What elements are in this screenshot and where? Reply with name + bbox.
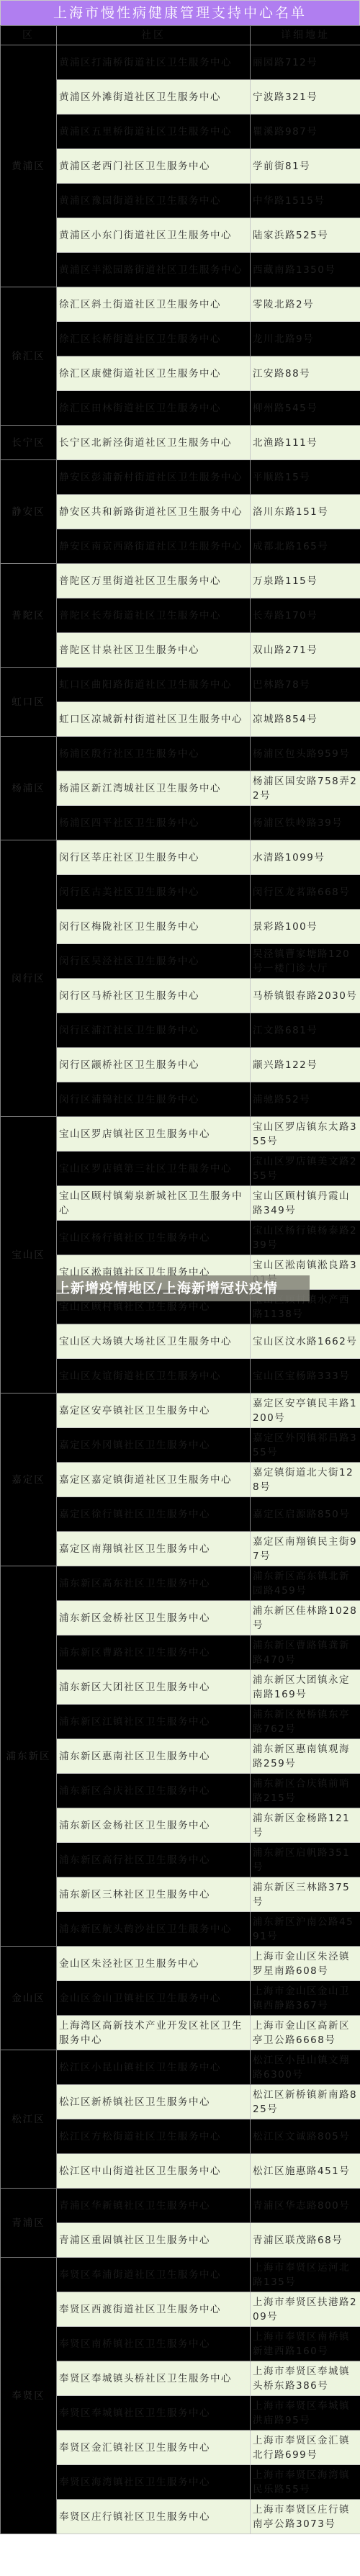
community-cell: 奉贤区庄行镇社区卫生服务中心 <box>57 2500 251 2534</box>
community-cell: 黄浦区老西门社区卫生服务中心 <box>57 149 251 184</box>
address-cell: 水清路1099号 <box>251 840 360 875</box>
overlay-banner: 上新增疫情地区/上海新增冠状疫情 <box>56 1275 310 1301</box>
community-cell: 浦东新区曹路社区卫生服务中心 <box>57 1635 251 1670</box>
address-cell: 宁波路321号 <box>251 80 360 115</box>
address-cell: 浦东新区曹路镇龚新路470号 <box>251 1635 360 1670</box>
table-row: 徐汇区徐汇区斜土街道社区卫生服务中心零陵北路2号 <box>1 287 360 322</box>
address-cell: 龙川北路9号 <box>251 322 360 356</box>
address-cell: 浦东新区高东镇北新园路459号 <box>251 1566 360 1601</box>
community-cell: 杨浦区四平社区卫生服务中心 <box>57 806 251 840</box>
table-row: 松江区松江区小昆山镇社区卫生服务中心松江区小昆山镇文翔路6300号 <box>1 2050 360 2085</box>
address-cell: 宝山区杨行镇杨泰路239号 <box>251 1221 360 1255</box>
community-cell: 嘉定区南翔镇社区卫生服务中心 <box>57 1532 251 1566</box>
community-cell: 浦东新区高行社区卫生服务中心 <box>57 1843 251 1877</box>
community-cell: 浦东新区航头鹤沙社区卫生服务中心 <box>57 1912 251 1947</box>
community-cell: 普陀区长寿街道社区卫生服务中心 <box>57 598 251 633</box>
community-cell: 青浦区重固镇社区卫生服务中心 <box>57 2223 251 2258</box>
address-cell: 上海市奉贤区奉城镇洪庙路95号 <box>251 2396 360 2431</box>
address-cell: 平顺路15号 <box>251 460 360 495</box>
address-cell: 浦东新区合庆镇前哨路215号 <box>251 1774 360 1808</box>
address-cell: 上海市奉贤区运河北路135号 <box>251 2258 360 2292</box>
address-cell: 柳州路545号 <box>251 391 360 426</box>
district-cell: 宝山区 <box>1 1117 57 1394</box>
community-cell: 浦东新区金桥社区卫生服务中心 <box>57 1601 251 1635</box>
address-cell: 上海市奉贤区奉城镇头桥东路386号 <box>251 2361 360 2396</box>
community-cell: 长宁区北新泾街道社区卫生服务中心 <box>57 426 251 460</box>
header-district: 区 <box>1 26 57 45</box>
address-cell: 嘉定镇街道北大街128号 <box>251 1463 360 1497</box>
address-cell: 嘉定区启源路850号 <box>251 1497 360 1532</box>
community-cell: 嘉定区嘉定镇街道社区卫生服务中心 <box>57 1463 251 1497</box>
community-cell: 金山区朱泾社区卫生服务中心 <box>57 1947 251 1981</box>
community-cell: 闵行区莘庄社区卫生服务中心 <box>57 840 251 875</box>
address-cell: 青浦区联茂路68号 <box>251 2223 360 2258</box>
address-cell: 嘉定区南翔镇民主街97号 <box>251 1532 360 1566</box>
community-cell: 宝山区友谊街道社区卫生服务中心 <box>57 1359 251 1394</box>
address-cell: 上海市金山区朱泾镇罗星南路608号 <box>251 1947 360 1981</box>
community-cell: 松江区小昆山镇社区卫生服务中心 <box>57 2050 251 2085</box>
district-cell: 青浦区 <box>1 2189 57 2258</box>
address-cell: 浦东新区启帆路351号 <box>251 1843 360 1877</box>
community-cell: 上海湾区高新技术产业开发区社区卫生服务中心 <box>57 2016 251 2050</box>
community-cell: 虹口区曲阳路街道社区卫生服务中心 <box>57 668 251 702</box>
address-cell: 杨浦区国安路758弄22号 <box>251 771 360 806</box>
community-cell: 闵行区颛桥社区卫生服务中心 <box>57 1048 251 1082</box>
address-cell: 浦东新区惠南镇观海路259号 <box>251 1739 360 1774</box>
community-cell: 静安区共和新路街道社区卫生服务中心 <box>57 495 251 529</box>
community-cell: 杨浦区殷行社区卫生服务中心 <box>57 737 251 771</box>
community-cell: 闵行区浦江社区卫生服务中心 <box>57 1013 251 1048</box>
table-row: 浦东新区浦东新区高东社区卫生服务中心浦东新区高东镇北新园路459号 <box>1 1566 360 1601</box>
address-cell: 景彩路100号 <box>251 910 360 944</box>
community-cell: 奉贤区奉浦街道社区卫生服务中心 <box>57 2258 251 2292</box>
community-cell: 宝山区罗店镇社区卫生服务中心 <box>57 1117 251 1152</box>
address-cell: 嘉定区外冈镇祁昌路355号 <box>251 1428 360 1463</box>
community-cell: 松江区中山街道社区卫生服务中心 <box>57 2154 251 2189</box>
table-row: 普陀区普陀区万里街道社区卫生服务中心万泉路115号 <box>1 564 360 598</box>
table-row: 黄浦区黄浦区打浦桥街道社区卫生服务中心丽园路712号 <box>1 45 360 80</box>
community-cell: 宝山区杨行镇社区卫生服务中心 <box>57 1221 251 1255</box>
community-cell: 嘉定区徐行镇社区卫生服务中心 <box>57 1497 251 1532</box>
community-cell: 浦东新区三林社区卫生服务中心 <box>57 1877 251 1912</box>
community-cell: 嘉定区安亭镇社区卫生服务中心 <box>57 1394 251 1428</box>
address-cell: 松江区文诚路805号 <box>251 2119 360 2154</box>
district-cell: 静安区 <box>1 460 57 564</box>
address-cell: 青浦区华志路800号 <box>251 2189 360 2223</box>
page-title: 上海市慢性病健康管理支持中心名单 <box>0 0 360 25</box>
community-cell: 宝山区顾村镇菊泉新城社区卫生服务中心 <box>57 1186 251 1221</box>
community-cell: 黄浦区五里桥街道社区卫生服务中心 <box>57 115 251 149</box>
district-cell: 奉贤区 <box>1 2258 57 2534</box>
address-cell: 嘉定区安亭镇民丰路1200号 <box>251 1394 360 1428</box>
community-cell: 奉贤区金汇镇社区卫生服务中心 <box>57 2431 251 2465</box>
community-cell: 宝山区大场镇大场社区卫生服务中心 <box>57 1324 251 1359</box>
address-cell: 颛兴路122号 <box>251 1048 360 1082</box>
community-cell: 普陀区万里街道社区卫生服务中心 <box>57 564 251 598</box>
address-cell: 松江区施惠路451号 <box>251 2154 360 2189</box>
community-cell: 闵行区马桥社区卫生服务中心 <box>57 979 251 1013</box>
address-cell: 宝山区罗店镇东太路355号 <box>251 1117 360 1152</box>
table-row: 静安区静安区彭浦新村街道社区卫生服务中心平顺路15号 <box>1 460 360 495</box>
community-cell: 松江区新桥镇社区卫生服务中心 <box>57 2085 251 2119</box>
address-cell: 杨浦区铁岭路39号 <box>251 806 360 840</box>
community-cell: 普陀区甘泉社区卫生服务中心 <box>57 633 251 668</box>
address-cell: 上海市奉贤区南桥镇新建西路160号 <box>251 2327 360 2361</box>
address-cell: 洛川东路151号 <box>251 495 360 529</box>
district-cell: 浦东新区 <box>1 1566 57 1947</box>
community-cell: 宝山区罗店镇第三社区卫生服务中心 <box>57 1152 251 1186</box>
community-cell: 浦东新区高东社区卫生服务中心 <box>57 1566 251 1601</box>
community-cell: 徐汇区康健街道社区卫生服务中心 <box>57 356 251 391</box>
community-cell: 静安区南京西路街道社区卫生服务中心 <box>57 529 251 564</box>
address-cell: 浦东新区祝桥镇东亭路762号 <box>251 1705 360 1739</box>
community-cell: 奉贤区奉城镇头桥社区卫生服务中心 <box>57 2361 251 2396</box>
community-cell: 浦东新区金杨社区卫生服务中心 <box>57 1808 251 1843</box>
address-cell: 马桥镇银春路2030号 <box>251 979 360 1013</box>
address-cell: 上海市奉贤区扶港路209号 <box>251 2292 360 2327</box>
community-cell: 闵行区古美社区卫生服务中心 <box>57 875 251 910</box>
address-cell: 浦东新区三林路375号 <box>251 1877 360 1912</box>
community-cell: 杨浦区新江湾城社区卫生服务中心 <box>57 771 251 806</box>
address-cell: 陆家浜路525号 <box>251 218 360 253</box>
address-cell: 零陵北路2号 <box>251 287 360 322</box>
address-cell: 浦东新区沪南公路4591号 <box>251 1912 360 1947</box>
address-cell: 上海市金山区金山卫镇西静路367号 <box>251 1981 360 2016</box>
address-cell: 江文路681号 <box>251 1013 360 1048</box>
community-cell: 松江区方松街道社区卫生服务中心 <box>57 2119 251 2154</box>
table-header-row: 区 社区 详细地址 <box>1 26 360 45</box>
address-cell: 闵行区龙茗路668号 <box>251 875 360 910</box>
community-cell: 浦东新区惠南社区卫生服务中心 <box>57 1739 251 1774</box>
district-cell: 金山区 <box>1 1947 57 2050</box>
address-cell: 北渔路111号 <box>251 426 360 460</box>
table-row: 金山区金山区朱泾社区卫生服务中心上海市金山区朱泾镇罗星南路608号 <box>1 1947 360 1981</box>
address-cell: 万泉路115号 <box>251 564 360 598</box>
community-cell: 静安区彭浦新村街道社区卫生服务中心 <box>57 460 251 495</box>
district-cell: 普陀区 <box>1 564 57 668</box>
address-cell: 浦东新区金杨路121号 <box>251 1808 360 1843</box>
district-cell: 徐汇区 <box>1 287 57 426</box>
community-cell: 青浦区华新镇社区卫生服务中心 <box>57 2189 251 2223</box>
address-cell: 巴林路78号 <box>251 668 360 702</box>
address-cell: 双山路271号 <box>251 633 360 668</box>
address-cell: 宝山区罗店镇美文路255号 <box>251 1152 360 1186</box>
table-row: 宝山区宝山区罗店镇社区卫生服务中心宝山区罗店镇东太路355号 <box>1 1117 360 1152</box>
address-cell: 长寿路170号 <box>251 598 360 633</box>
community-cell: 黄浦区小东门街道社区卫生服务中心 <box>57 218 251 253</box>
district-cell: 虹口区 <box>1 668 57 737</box>
address-cell: 凉城路854号 <box>251 702 360 737</box>
table-row: 青浦区青浦区华新镇社区卫生服务中心青浦区华志路800号 <box>1 2189 360 2223</box>
address-cell: 上海市奉贤区金汇镇北行路699号 <box>251 2431 360 2465</box>
district-cell: 闵行区 <box>1 840 57 1117</box>
community-cell: 浦东新区大团社区卫生服务中心 <box>57 1670 251 1705</box>
district-cell: 松江区 <box>1 2050 57 2189</box>
district-cell: 长宁区 <box>1 426 57 460</box>
community-cell: 徐汇区斜土街道社区卫生服务中心 <box>57 287 251 322</box>
address-cell: 成都北路165号 <box>251 529 360 564</box>
address-cell: 宝山区宝杨路333号 <box>251 1359 360 1394</box>
community-cell: 黄浦区外滩街道社区卫生服务中心 <box>57 80 251 115</box>
header-community: 社区 <box>57 26 251 45</box>
community-cell: 闵行区吴泾社区卫生服务中心 <box>57 944 251 979</box>
community-cell: 黄浦区半淞园路街道社区卫生服务中心 <box>57 253 251 287</box>
table-row: 闵行区闵行区莘庄社区卫生服务中心水清路1099号 <box>1 840 360 875</box>
community-cell: 徐汇区长桥街道社区卫生服务中心 <box>57 322 251 356</box>
address-cell: 学前街81号 <box>251 149 360 184</box>
address-cell: 宝山区顾村镇丹霞山路349号 <box>251 1186 360 1221</box>
table-row: 奉贤区奉贤区奉浦街道社区卫生服务中心上海市奉贤区运河北路135号 <box>1 2258 360 2292</box>
address-cell: 中华路1515号 <box>251 184 360 218</box>
address-cell: 西藏南路1350号 <box>251 253 360 287</box>
address-cell: 浦驰路52号 <box>251 1082 360 1117</box>
header-address: 详细地址 <box>251 26 360 45</box>
community-cell: 闵行区浦锦社区卫生服务中心 <box>57 1082 251 1117</box>
address-cell: 浦东新区佳林路1028号 <box>251 1601 360 1635</box>
community-cell: 黄浦区豫园街道社区卫生服务中心 <box>57 184 251 218</box>
district-cell: 嘉定区 <box>1 1394 57 1566</box>
district-cell: 黄浦区 <box>1 45 57 287</box>
community-cell: 浦东新区合庆社区卫生服务中心 <box>57 1774 251 1808</box>
community-cell: 浦东新区江镇社区卫生服务中心 <box>57 1705 251 1739</box>
table-row: 杨浦区杨浦区殷行社区卫生服务中心杨浦区包头路959号 <box>1 737 360 771</box>
address-cell: 上海市奉贤区庄行镇南亭公路3073号 <box>251 2500 360 2534</box>
address-cell: 宝山区汶水路1662号 <box>251 1324 360 1359</box>
community-cell: 奉贤区奉城镇社区卫生服务中心 <box>57 2396 251 2431</box>
community-cell: 闵行区梅陇社区卫生服务中心 <box>57 910 251 944</box>
address-cell: 江安路88号 <box>251 356 360 391</box>
table-row: 长宁区长宁区北新泾街道社区卫生服务中心北渔路111号 <box>1 426 360 460</box>
community-cell: 黄浦区打浦桥街道社区卫生服务中心 <box>57 45 251 80</box>
community-cell: 奉贤区西渡街道社区卫生服务中心 <box>57 2292 251 2327</box>
community-cell: 虹口区凉城新村街道社区卫生服务中心 <box>57 702 251 737</box>
table-row: 虹口区虹口区曲阳路街道社区卫生服务中心巴林路78号 <box>1 668 360 702</box>
address-cell: 上海市奉贤区海湾镇民乐路55号 <box>251 2465 360 2500</box>
address-cell: 松江区小昆山镇文翔路6300号 <box>251 2050 360 2085</box>
address-cell: 浦东新区大团镇永定南路169号 <box>251 1670 360 1705</box>
address-cell: 松江区新桥镇新南路825号 <box>251 2085 360 2119</box>
community-cell: 金山区金山卫镇社区卫生服务中心 <box>57 1981 251 2016</box>
address-cell: 杨浦区包头路959号 <box>251 737 360 771</box>
address-cell: 吴泾镇曹家塘路120号一楼门诊大厅 <box>251 944 360 979</box>
community-cell: 徐汇区田林街道社区卫生服务中心 <box>57 391 251 426</box>
address-cell: 丽园路712号 <box>251 45 360 80</box>
address-cell: 上海市金山区高新区亭卫公路6668号 <box>251 2016 360 2050</box>
address-cell: 瞿溪路987号 <box>251 115 360 149</box>
district-cell: 杨浦区 <box>1 737 57 840</box>
table-row: 嘉定区嘉定区安亭镇社区卫生服务中心嘉定区安亭镇民丰路1200号 <box>1 1394 360 1428</box>
community-cell: 奉贤区海湾镇社区卫生服务中心 <box>57 2465 251 2500</box>
community-cell: 嘉定区外冈镇社区卫生服务中心 <box>57 1428 251 1463</box>
community-cell: 奉贤区南桥镇社区卫生服务中心 <box>57 2327 251 2361</box>
